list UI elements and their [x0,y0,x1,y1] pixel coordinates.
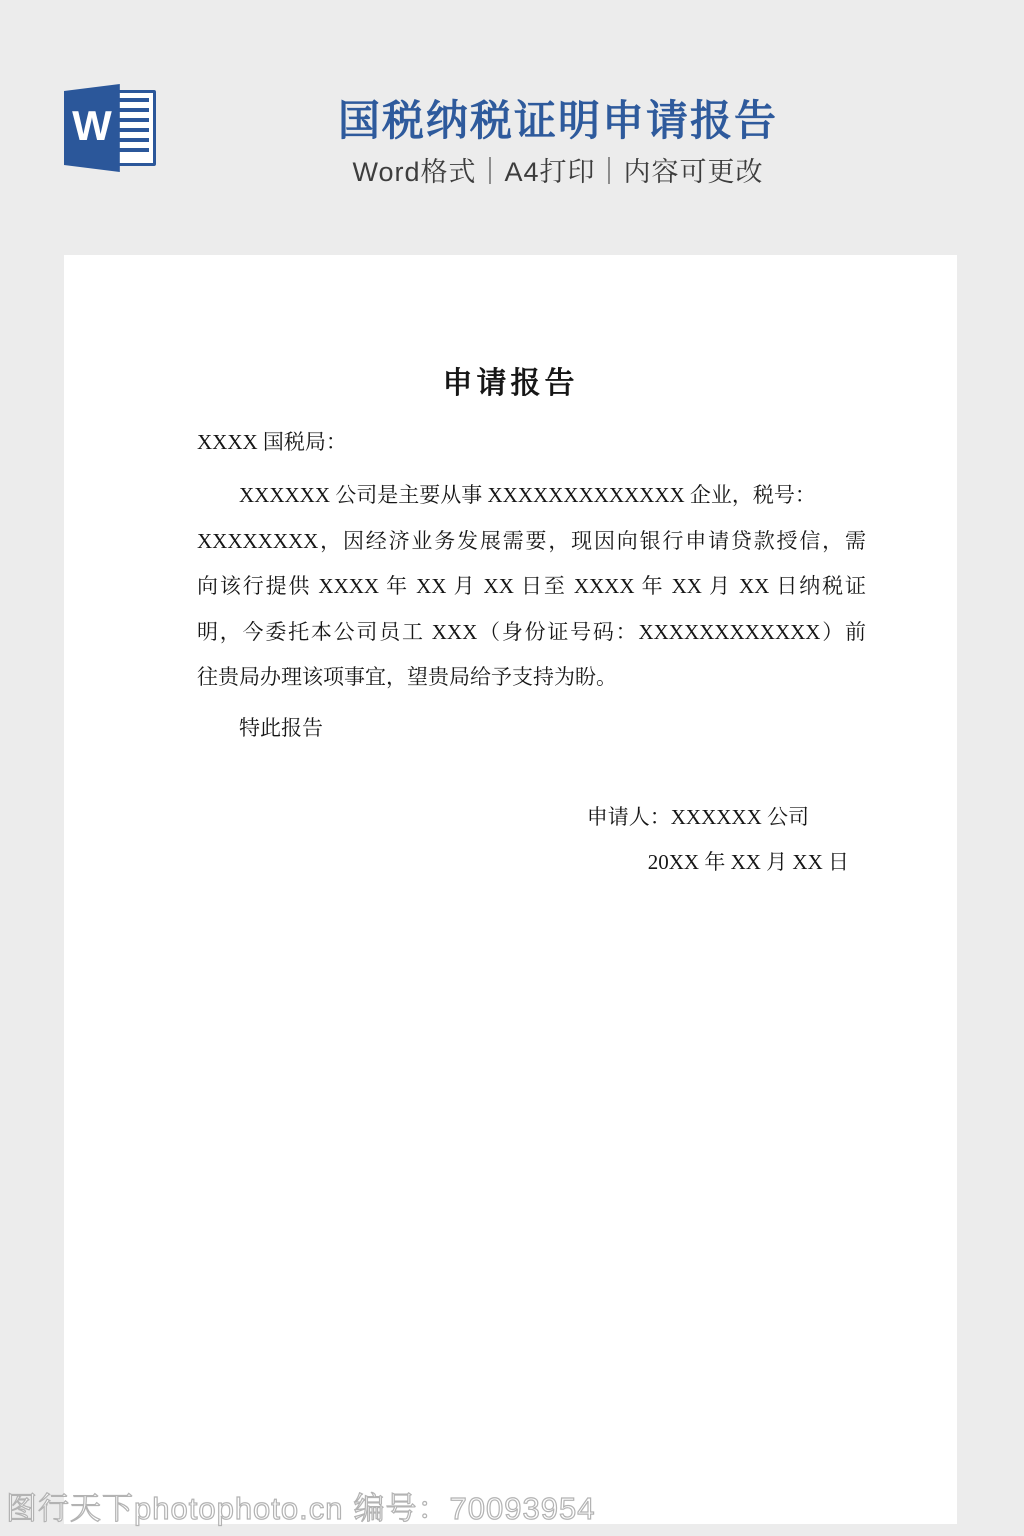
template-title: 国税纳税证明申请报告 [92,88,1024,148]
paragraph-line-1: XXXXXX 公司是主要从事 XXXXXXXXXXXXX 企业，税号： [197,473,866,519]
closing-line: 特此报告 [197,706,866,751]
paragraph-line-2: XXXXXXXX，因经济业务发展需要，现因向银行申请贷款授信，需 [197,519,866,565]
watermark-id: 编号：70093954 [354,1491,596,1526]
document-title: 申请报告 [197,363,866,405]
signature-date: 20XX 年 XX 月 XX 日 [197,840,866,885]
template-header: W 国税纳税证明申请报告 Word格式｜A4打印｜内容可更改 [0,0,1024,255]
paragraph-line-5: 往贵局办理该项事宜，望贵局给予支持为盼。 [197,655,866,701]
paragraph-line-4: 明，今委托本公司员工 XXX（身份证号码：XXXXXXXXXXXX）前 [197,610,866,656]
watermark-site: 图行天下photophoto.cn [6,1491,344,1526]
document-page: 申请报告 XXXX 国税局： XXXXXX 公司是主要从事 XXXXXXXXXX… [64,255,957,1524]
body-paragraph: XXXXXX 公司是主要从事 XXXXXXXXXXXXX 企业，税号： XXXX… [197,473,866,701]
watermark: 图行天下photophoto.cn编号：70093954 [6,1493,595,1524]
paragraph-line-3: 向该行提供 XXXX 年 XX 月 XX 日至 XXXX 年 XX 月 XX 日… [197,564,866,610]
signature-block: 申请人：XXXXXX 公司 20XX 年 XX 月 XX 日 [197,795,866,885]
salutation-line: XXXX 国税局： [197,420,866,465]
template-subtitle: Word格式｜A4打印｜内容可更改 [92,150,1024,189]
signature-applicant: 申请人：XXXXXX 公司 [197,795,866,840]
document-content: 申请报告 XXXX 国税局： XXXXXX 公司是主要从事 XXXXXXXXXX… [64,255,957,885]
